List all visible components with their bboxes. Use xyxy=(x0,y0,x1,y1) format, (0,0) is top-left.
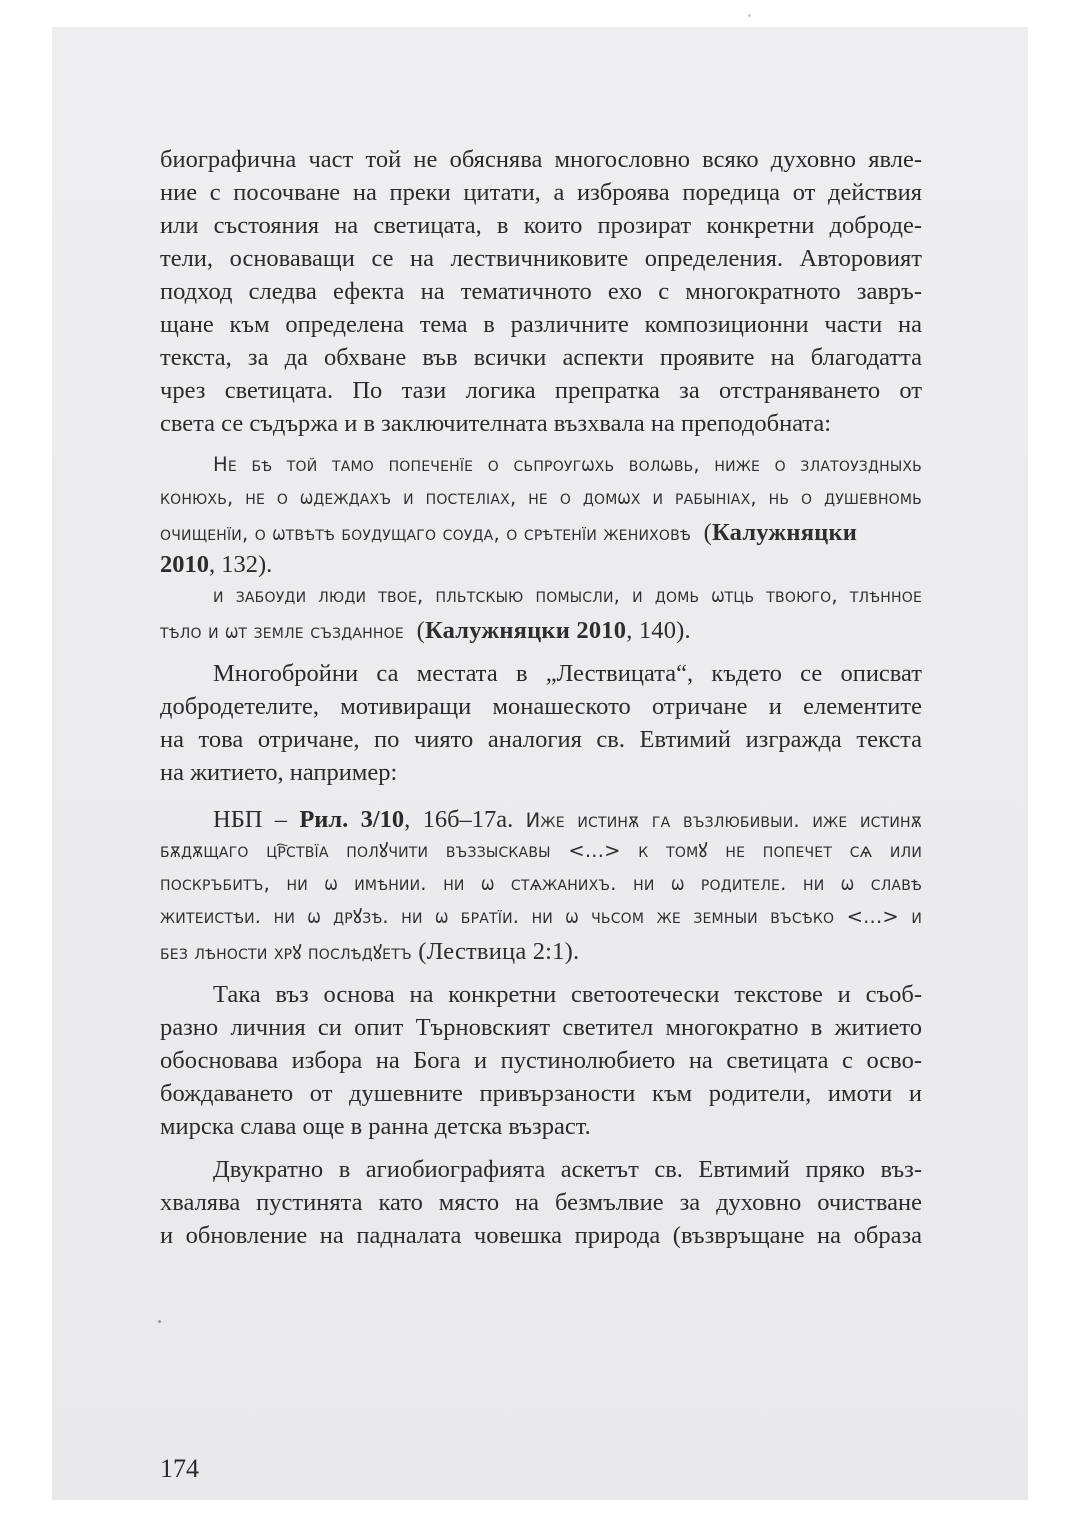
text-line: мирска слава още в ранна детска възраст. xyxy=(160,1115,922,1140)
quote-text: тѣло и ѡт земле създанноe xyxy=(160,620,404,643)
source-folio: , 16б–17а. xyxy=(404,806,525,833)
text-line: добродетелите, мотивиращи монашеското от… xyxy=(160,695,922,720)
text-line: чрез светицата. По тази логика препратка… xyxy=(160,379,922,404)
text-line: на житието, например: xyxy=(160,761,922,786)
quote-line: конюхь, не о ѡдеждахъ и постелıах, не о … xyxy=(160,488,922,508)
text-line: обосновава избора на Бога и пустинолюбие… xyxy=(160,1049,922,1074)
citation-line: 2010, 132). xyxy=(160,553,922,578)
text-line: текста, за да обхване във всички аспекти… xyxy=(160,346,922,371)
scan-speck xyxy=(158,1320,161,1323)
quote-line: Не бѣ той тамо попеченїе о сьпроугѡхь во… xyxy=(213,455,922,475)
citation-page: , 132). xyxy=(209,551,272,578)
text-line: Многобройни са местата в „Лествицата“, к… xyxy=(213,662,922,687)
text-line: Двукратно в агиобиографията аскетът св. … xyxy=(213,1158,922,1183)
text-line: ние с посочване на преки цитати, а избро… xyxy=(160,181,922,206)
quote-text: очищенїи, о ѡтвѣтѣ боудущаго соуда, о ср… xyxy=(160,522,691,545)
scan-speck xyxy=(748,14,751,17)
quote-line: НБП – Рил. 3/10, 16б–17а. Иже истинѫ га … xyxy=(213,808,922,833)
text-line: Така въз основа на конкретни светоотечес… xyxy=(213,983,922,1008)
text-line: хвалява пустинята като място на безмълви… xyxy=(160,1191,922,1216)
quote-line: и забоуди люди твое, пльтскыю помысли, и… xyxy=(213,586,922,606)
source-prefix: НБП – xyxy=(213,806,299,833)
quote-text: без лѣности хрꙋ послѣдꙋетъ xyxy=(160,941,412,964)
text-line: бождаването от душевните привързаности к… xyxy=(160,1082,922,1107)
text-line: света се съдържа и в заключителната възх… xyxy=(160,412,922,437)
quote-line: поскръбитъ, ни ѡ имѣнии. ни ѡ стѧжанихъ.… xyxy=(160,874,922,894)
citation-author: Калужняцки 2010 xyxy=(425,617,626,644)
citation-author: Калужняцки xyxy=(712,519,857,546)
quote-line: очищенїи, о ѡтвѣтѣ боудущаго соуда, о ср… xyxy=(160,521,922,546)
text-line: и обновление на падналата човешка природ… xyxy=(160,1224,922,1249)
source-shelfmark: Рил. 3/10 xyxy=(299,806,404,833)
quote-line: без лѣности хрꙋ послѣдꙋетъ (Лествица 2:1… xyxy=(160,940,922,965)
quote-text: Иже истинѫ га възлюбивыи. иже истинѫ xyxy=(526,809,922,832)
text-line: разно личния си опит Търновският светите… xyxy=(160,1016,922,1041)
quote-line: тѣло и ѡт земле създанноe (Калужняцки 20… xyxy=(160,619,922,644)
text-line: или състояния на светицата, в които проз… xyxy=(160,214,922,239)
quote-line: житеистѣи. ни ѡ дрꙋзѣ. ни ѡ братїи. ни ѡ… xyxy=(160,907,922,927)
citation-page: , 140). xyxy=(626,617,691,644)
text-line: на това отричане, по чиято аналогия св. … xyxy=(160,728,922,753)
text-line: биографична част той не обяснява многосл… xyxy=(160,148,922,173)
text-line: тели, основаващи се на лествичниковите о… xyxy=(160,247,922,272)
text-line: подход следва ефекта на тематичното ехо … xyxy=(160,280,922,305)
citation: (Лествица 2:1). xyxy=(418,938,579,965)
quote-line: бѫдѫщаго цр҇ствїа полꙋчити въззыскавы <.… xyxy=(160,841,922,861)
citation-year: 2010 xyxy=(160,551,209,578)
page-number: 174 xyxy=(160,1454,199,1484)
text-line: щане към определена тема в различните ко… xyxy=(160,313,922,338)
